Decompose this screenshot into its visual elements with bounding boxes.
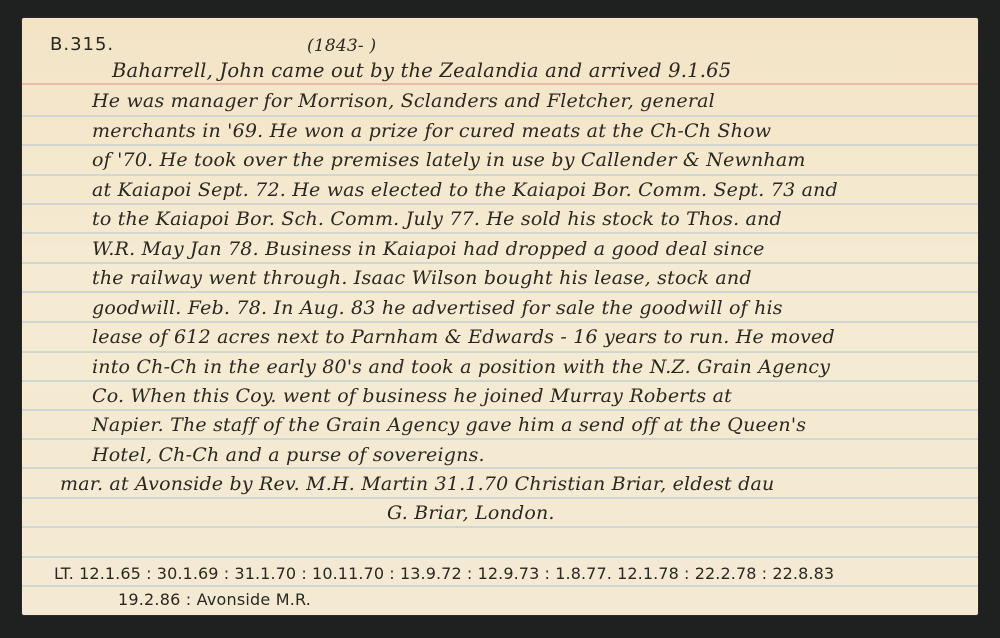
body-line: Hotel, Ch-Ch and a purse of sovereigns. [92,444,485,466]
body-line: Co. When this Coy. went of business he j… [92,385,732,407]
rule-line [22,291,978,293]
rule-line [22,380,978,382]
lt-dates-line: LT. 12.1.65 : 30.1.69 : 31.1.70 : 10.11.… [54,564,834,583]
body-line: into Ch-Ch in the early 80's and took a … [92,356,830,378]
rule-line [22,232,978,234]
card-reference: B.315. [50,34,114,55]
rule-line [22,409,978,411]
body-line: He was manager for Morrison, Sclanders a… [92,90,715,112]
marriage-line: G. Briar, London. [387,502,555,524]
body-line: W.R. May Jan 78. Business in Kaiapoi had… [92,238,765,260]
body-line: at Kaiapoi Sept. 72. He was elected to t… [92,179,838,201]
marriage-line: mar. at Avonside by Rev. M.H. Martin 31.… [60,473,774,495]
rule-line [22,497,978,499]
rule-line [22,262,978,264]
rule-line [22,526,978,528]
rule-line [22,351,978,353]
rule-line [22,203,978,205]
body-line: Baharrell, John came out by the Zealandi… [112,59,731,82]
rule-line [22,174,978,176]
rule-line [22,556,978,558]
body-line: goodwill. Feb. 78. In Aug. 83 he adverti… [92,297,783,319]
body-line: Napier. The staff of the Grain Agency ga… [92,414,806,436]
rule-line [22,438,978,440]
lifespan-dates: (1843- ) [307,36,376,56]
rule-line [22,467,978,469]
rule-line [22,115,978,117]
index-card: B.315. (1843- ) Baharrell, John came out… [22,18,978,615]
body-line: the railway went through. Isaac Wilson b… [92,267,752,289]
rule-line [22,321,978,323]
body-line: of '70. He took over the premises lately… [92,149,806,171]
red-rule-line [22,83,978,85]
lt-dates-line: 19.2.86 : Avonside M.R. [118,590,311,609]
scan-background: B.315. (1843- ) Baharrell, John came out… [0,0,1000,638]
body-line: merchants in '69. He won a prize for cur… [92,120,771,142]
rule-line [22,585,978,587]
rule-line [22,144,978,146]
body-line: to the Kaiapoi Bor. Sch. Comm. July 77. … [92,208,782,230]
body-line: lease of 612 acres next to Parnham & Edw… [92,326,835,348]
